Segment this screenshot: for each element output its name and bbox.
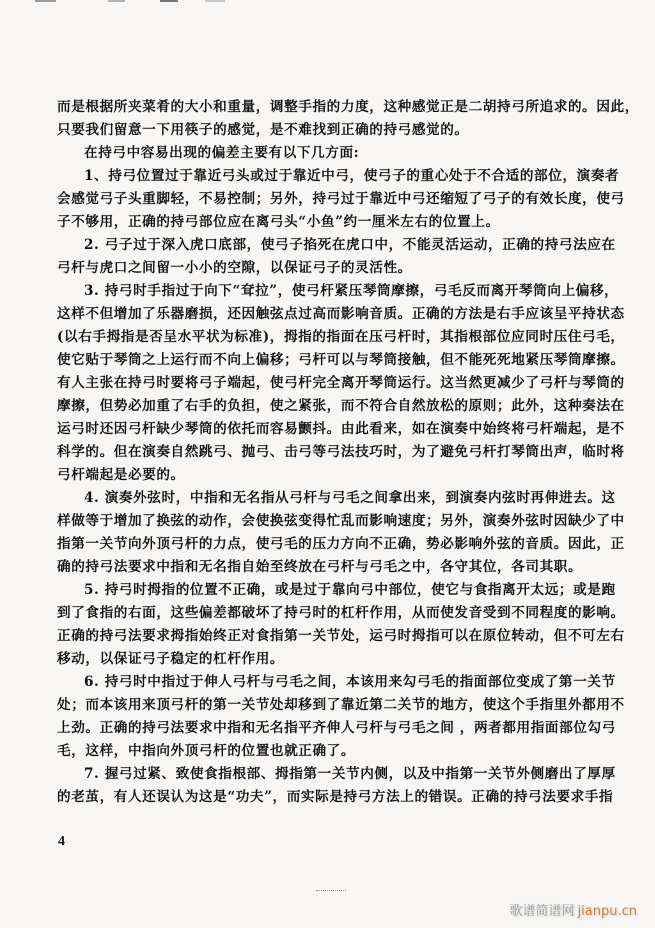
text-line: 这样不但增加了乐器磨损，还因触弦点过高而影响音质。正确的方法是右手应该呈平持状态 xyxy=(57,303,602,326)
footer-mark xyxy=(316,890,346,893)
text-line: 移动，以保证弓子稳定的杠杆作用。 xyxy=(57,648,602,671)
text-line: 6. 持弓时中指过于伸人弓杆与弓毛之间，本该用来勾弓毛的指面部位变成了第一关节 xyxy=(57,671,602,694)
text-line: 而是根据所夹菜肴的大小和重量，调整手指的力度，这种感觉正是二胡持弓所追求的。因此… xyxy=(57,96,602,119)
text-line: 子不够用，正确的持弓部位应在离弓头“小鱼”约一厘米左右的位置上。 xyxy=(57,211,602,234)
text-line: 4. 演奏外弦时，中指和无名指从弓杆与弓毛之间拿出来，到演奏内弦时再伸进去。这 xyxy=(57,487,602,510)
watermark-site-name: 歌谱简谱网 xyxy=(510,904,575,919)
scan-artifact xyxy=(205,0,225,2)
text-line: 毛，这样，中指向外顶弓杆的位置也就正确了。 xyxy=(57,740,602,763)
text-line: 使它贴于琴筒之上运行而不向上偏移；弓杆可以与琴筒接触，但不能死死地紧压琴筒摩擦。 xyxy=(57,349,602,372)
text-line: 有人主张在持弓时要将弓子端起，使弓杆完全离开琴筒运行。这当然更减少了弓杆与琴筒的 xyxy=(57,372,602,395)
text-line: 1、持弓位置过于靠近弓头或过于靠近中弓，使弓子的重心处于不合适的部位，演奏者 xyxy=(57,165,602,188)
scan-artifact xyxy=(108,0,125,2)
text-line: 只要我们留意一下用筷子的感觉，是不难找到正确的持弓感觉的。 xyxy=(57,119,602,142)
text-line: (以右手拇指是否呈水平状为标准)，拇指的指面在压弓杆时，其指根部位应同时压住弓毛… xyxy=(57,326,602,349)
text-line: 3. 持弓时手指过于向下“耷拉”，使弓杆紧压琴筒摩擦，弓毛反而离开琴筒向上偏移， xyxy=(57,280,602,303)
text-line: 科学的。但在演奏自然跳弓、抛弓、击弓等弓法技巧时，为了避免弓杆打琴筒出声，临时将 xyxy=(57,441,602,464)
watermark: 歌谱简谱网jianpu.cn xyxy=(510,900,637,919)
text-line: 到了食指的右面，这些偏差都破坏了持弓时的杠杆作用，从而使发音受到不同程度的影响。 xyxy=(57,602,602,625)
text-line: 样做等于增加了换弦的动作，会使换弦变得忙乱而影响速度；另外，演奏外弦时因缺少了中 xyxy=(57,510,602,533)
text-line: 运弓时还因弓杆缺少琴筒的依托而容易颤抖。由此看来，如在演奏中始终将弓杆端起，是不 xyxy=(57,418,602,441)
text-line: 确的持弓法要求中指和无名指自始至终放在弓杆与弓毛之中，各守其位，各司其职。 xyxy=(57,556,602,579)
text-line: 2. 弓子过于深入虎口底部，使弓子掐死在虎口中，不能灵活运动，正确的持弓法应在 xyxy=(57,234,602,257)
scan-artifact xyxy=(35,0,56,2)
text-line: 7. 握弓过紧、致使食指根部、拇指第一关节内侧，以及中指第一关节外侧磨出了厚厚 xyxy=(57,763,602,786)
page-number: 4 xyxy=(58,834,65,850)
text-line: 弓杆与虎口之间留一小小的空隙，以保证弓子的灵活性。 xyxy=(57,257,602,280)
text-line: 的老茧，有人还误认为这是“功夫”，而实际是持弓方法上的错误。正确的持弓法要求手指 xyxy=(57,786,602,809)
watermark-domain: jianpu.cn xyxy=(578,904,637,919)
text-line: 指第一关节向外顶弓杆的力点，使弓毛的压力方向不正确，势必影响外弦的音质。因此，正 xyxy=(57,533,602,556)
text-line: 5. 持弓时拇指的位置不正确，或是过于靠向弓中部位，使它与食指离开太远；或是跑 xyxy=(57,579,602,602)
text-line: 会感觉弓子头重脚轻，不易控制；另外，持弓过于靠近中弓还缩短了弓子的有效长度，使弓 xyxy=(57,188,602,211)
text-line: 弓杆端起是必要的。 xyxy=(57,464,602,487)
text-line: 正确的持弓法要求拇指始终正对食指第一关节处，运弓时拇指可以在原位转动，但不可左右 xyxy=(57,625,602,648)
scan-artifact xyxy=(160,0,178,2)
text-line: 在持弓中容易出现的偏差主要有以下几方面: xyxy=(57,142,602,165)
document-body: 而是根据所夹菜肴的大小和重量，调整手指的力度，这种感觉正是二胡持弓所追求的。因此… xyxy=(57,96,602,809)
text-line: 摩擦，但势必加重了右手的负担，使之紧张，而不符合自然放松的原则；此外，这种奏法在 xyxy=(57,395,602,418)
text-line: 上劲。正确的持弓法要求中指和无名指平齐伸人弓杆与弓毛之间 ，两者都用指面部位勾弓 xyxy=(57,717,602,740)
text-line: 处；而本该用来顶弓杆的第一关节处却移到了靠近第二关节的地方，使这个手指里外都用不 xyxy=(57,694,602,717)
